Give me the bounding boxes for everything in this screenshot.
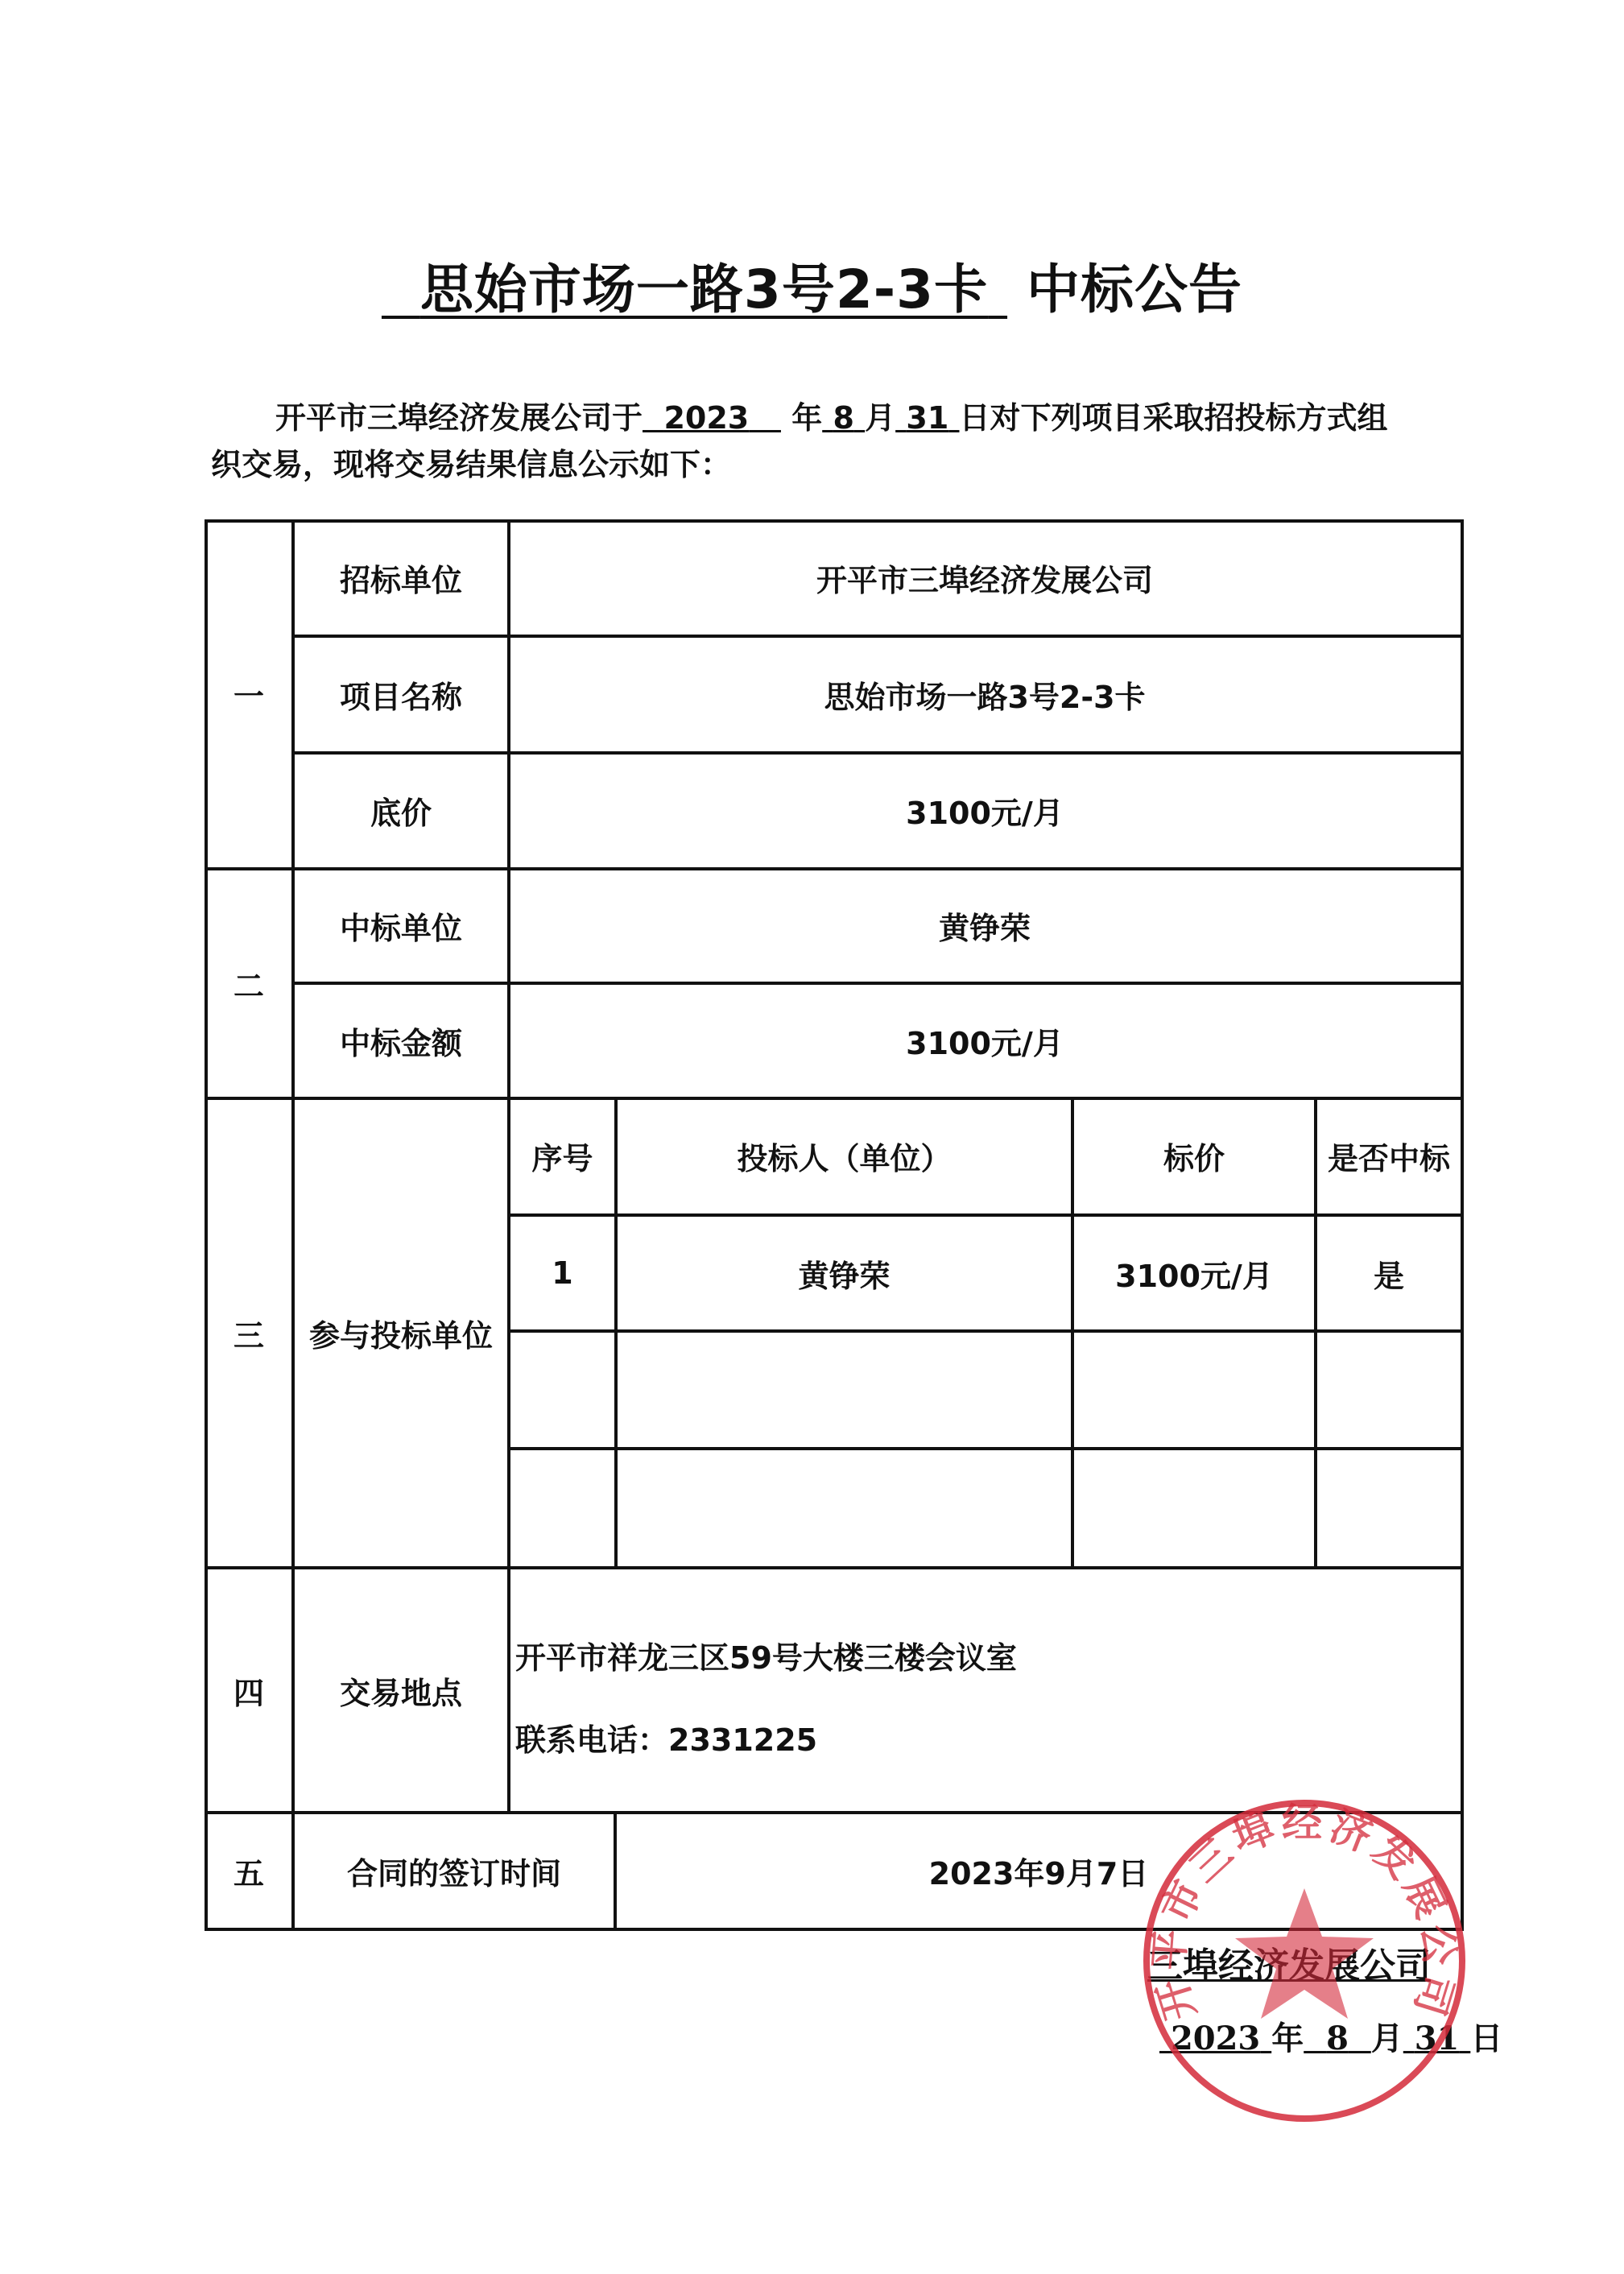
- section-number: 二: [205, 869, 293, 1098]
- row-label-winning-amount: 中标金额: [293, 983, 509, 1098]
- company-seal-icon: 开平市三埠经济发展公司: [1135, 1792, 1473, 2130]
- col-header-price: 标价: [1074, 1098, 1314, 1213]
- bidder-row-3-no: [510, 1450, 614, 1566]
- signature-day-unit: 日: [1470, 2020, 1502, 2057]
- bidder-row-3-price: [1074, 1450, 1314, 1566]
- intro-paragraph: 开平市三埠经济发展公司于 2023 年 8 月 31 日对下列项目采取招投标方式…: [211, 395, 1463, 488]
- intro-year-unit: 年: [791, 400, 822, 436]
- title-project-name: 思始市场一路3号2-3卡: [382, 258, 1007, 320]
- bidder-row-1-won: 是: [1317, 1217, 1461, 1329]
- intro-year-value: 2023: [663, 400, 749, 436]
- title-suffix: 中标公告: [1027, 258, 1242, 320]
- row-label-reserve-price: 底价: [293, 753, 509, 867]
- table-border-right: [1461, 519, 1464, 1931]
- intro-month-unit: 月: [865, 400, 895, 436]
- intro-line-2: 织交易，现将交易结果信息公示如下：: [211, 447, 731, 482]
- col-header-won: 是否中标: [1317, 1098, 1461, 1213]
- intro-month-value: 8: [833, 400, 853, 436]
- bidder-row-2-price: [1074, 1333, 1314, 1447]
- intro-month: 8: [822, 400, 865, 436]
- row-label-winner: 中标单位: [293, 869, 509, 982]
- bidder-row-2-won: [1317, 1333, 1461, 1447]
- page-title: 思始市场一路3号2-3卡 中标公告: [0, 254, 1624, 326]
- bidder-row-3-won: [1317, 1450, 1461, 1566]
- intro-rest: 日对下列项目采取招投标方式组: [960, 400, 1388, 436]
- intro-day-value: 31: [906, 400, 948, 436]
- row-value-project: 思始市场一路3号2-3卡: [509, 636, 1461, 753]
- bidder-row-2-name: [618, 1333, 1071, 1447]
- intro-org: 开平市三埠经济发展公司于: [275, 400, 643, 436]
- row-label-tenderer: 招标单位: [293, 519, 509, 636]
- col-header-bidder: 投标人（单位）: [618, 1098, 1071, 1213]
- title-project-text: 思始市场一路3号2-3卡: [420, 258, 988, 320]
- row-label-venue: 交易地点: [293, 1569, 509, 1811]
- intro-day: 31: [895, 400, 959, 436]
- row-value-winner: 黄铮荣: [509, 869, 1461, 982]
- row-value-winning-amount: 3100元/月: [509, 983, 1461, 1098]
- section-number: 三: [205, 1098, 293, 1568]
- intro-year: 2023: [643, 400, 781, 436]
- section-number: 一: [205, 519, 293, 867]
- bidder-row-2-no: [510, 1333, 614, 1447]
- row-value-tenderer: 开平市三埠经济发展公司: [509, 519, 1461, 636]
- section-number: 五: [205, 1814, 293, 1928]
- row-label-contract-date: 合同的签订时间: [295, 1814, 614, 1928]
- row-value-reserve-price: 3100元/月: [509, 753, 1461, 867]
- bidder-row-1-price: 3100元/月: [1074, 1217, 1314, 1329]
- section-number: 四: [205, 1569, 293, 1811]
- row-label-bidders: 参与投标单位: [293, 1098, 509, 1568]
- intro-line-1: 开平市三埠经济发展公司于 2023 年 8 月 31 日对下列项目采取招投标方式…: [211, 395, 1463, 441]
- bidder-row-1-name: 黄铮荣: [618, 1217, 1071, 1329]
- venue-phone: 联系电话：2331225: [510, 1713, 1457, 1761]
- row-label-project: 项目名称: [293, 636, 509, 753]
- col-header-no: 序号: [510, 1098, 614, 1213]
- bidder-row-3-name: [618, 1450, 1071, 1566]
- venue-address: 开平市祥龙三区59号大楼三楼会议室: [510, 1631, 1457, 1679]
- bidder-row-1-no: 1: [510, 1217, 614, 1329]
- result-table: 一 招标单位 开平市三埠经济发展公司 项目名称 思始市场一路3号2-3卡 底价 …: [205, 519, 1464, 1931]
